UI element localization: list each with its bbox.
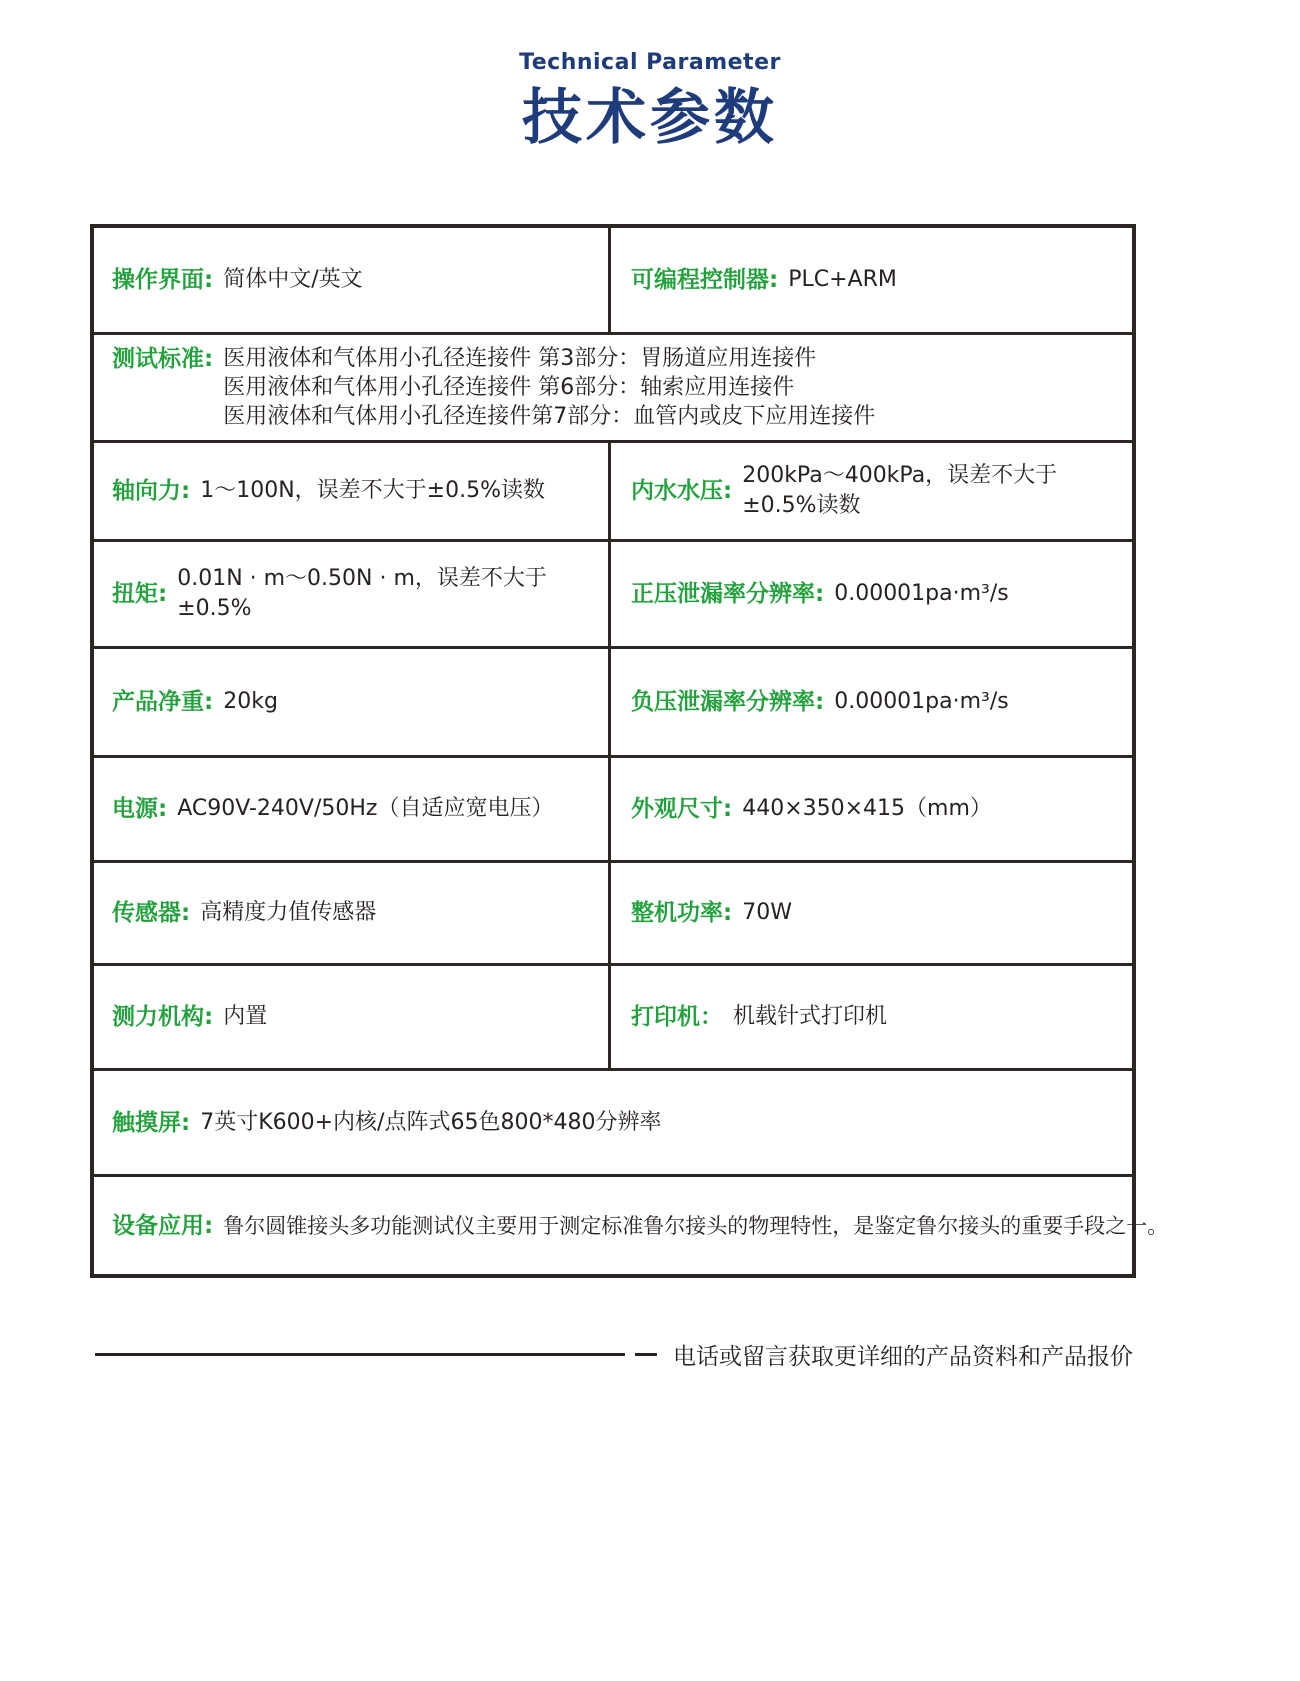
table-row-test-standards: 测试标准: 医用液体和气体用小孔径连接件 第3部分：胃肠道应用连接件 医用液体和…: [94, 332, 1132, 440]
table-cell-net-weight: 产品净重: 20kg: [94, 649, 611, 755]
param-label: 触摸屏:: [112, 1108, 190, 1138]
standard-line: 医用液体和气体用小孔径连接件 第6部分：轴索应用连接件: [223, 373, 875, 402]
param-value: 鲁尔圆锥接头多功能测试仪主要用于测定标准鲁尔接头的物理特性，是鉴定鲁尔接头的重要…: [223, 1211, 1168, 1241]
param-label: 测力机构:: [112, 1002, 213, 1032]
table-cell-ui-language: 操作界面: 简体中文/英文: [94, 228, 611, 332]
param-label: 扭矩:: [112, 579, 167, 609]
table-cell-test-standards: 测试标准: 医用液体和气体用小孔径连接件 第3部分：胃肠道应用连接件 医用液体和…: [112, 344, 875, 431]
footer-note: 电话或留言获取更详细的产品资料和产品报价: [673, 1338, 1133, 1371]
spec-table: 操作界面: 简体中文/英文 可编程控制器: PLC+ARM 测试标准: 医用液体…: [90, 224, 1136, 1278]
page-header: Technical Parameter 技术参数: [0, 0, 1300, 150]
table-cell-torque: 扭矩: 0.01N · m～0.50N · m，误差不大于±0.5%: [94, 542, 611, 646]
param-label: 打印机：: [631, 1002, 723, 1032]
param-value: 高精度力值传感器: [200, 898, 376, 928]
param-value: 200kPa～400kPa，误差不大于±0.5%读数: [742, 461, 1090, 521]
table-cell-printer: 打印机： 机载针式打印机: [611, 966, 1132, 1068]
param-label: 内水水压:: [631, 476, 732, 506]
param-value: 0.01N · m～0.50N · m，误差不大于±0.5%: [177, 564, 598, 624]
table-cell-power-supply: 电源: AC90V-240V/50Hz（自适应宽电压）: [94, 758, 611, 860]
param-value: AC90V-240V/50Hz（自适应宽电压）: [177, 794, 553, 824]
table-row: 轴向力: 1～100N，误差不大于±0.5%读数 内水水压: 200kPa～40…: [94, 440, 1132, 539]
page-title: 技术参数: [0, 87, 1300, 150]
footer-divider-line: [95, 1353, 625, 1356]
table-cell-force-mechanism: 测力机构: 内置: [94, 966, 611, 1068]
param-value: 7英寸K600+内核/点阵式65色800*480分辨率: [200, 1108, 661, 1138]
param-value: PLC+ARM: [788, 265, 897, 295]
param-label: 测试标准:: [112, 344, 213, 374]
standard-line: 医用液体和气体用小孔径连接件第7部分：血管内或皮下应用连接件: [223, 402, 875, 431]
table-cell-touchscreen: 触摸屏: 7英寸K600+内核/点阵式65色800*480分辨率: [112, 1108, 661, 1138]
page-subtitle: Technical Parameter: [0, 50, 1300, 75]
param-label: 操作界面:: [112, 265, 213, 295]
param-label: 负压泄漏率分辨率:: [631, 687, 824, 717]
table-row: 操作界面: 简体中文/英文 可编程控制器: PLC+ARM: [94, 228, 1132, 332]
table-row: 测力机构: 内置 打印机： 机载针式打印机: [94, 963, 1132, 1068]
table-cell-positive-leak-resolution: 正压泄漏率分辨率: 0.00001pa·m³/s: [611, 542, 1132, 646]
table-row-application: 设备应用: 鲁尔圆锥接头多功能测试仪主要用于测定标准鲁尔接头的物理特性，是鉴定鲁…: [94, 1174, 1132, 1274]
param-value: 0.00001pa·m³/s: [834, 579, 1009, 609]
table-row: 产品净重: 20kg 负压泄漏率分辨率: 0.00001pa·m³/s: [94, 646, 1132, 755]
param-value: 70W: [742, 898, 792, 928]
param-value: 简体中文/英文: [223, 265, 362, 295]
param-label: 产品净重:: [112, 687, 213, 717]
param-value-lines: 医用液体和气体用小孔径连接件 第3部分：胃肠道应用连接件 医用液体和气体用小孔径…: [223, 344, 875, 431]
param-label: 轴向力:: [112, 476, 190, 506]
param-value: 0.00001pa·m³/s: [834, 687, 1009, 717]
table-cell-axial-force: 轴向力: 1～100N，误差不大于±0.5%读数: [94, 443, 611, 539]
table-row: 电源: AC90V-240V/50Hz（自适应宽电压） 外观尺寸: 440×35…: [94, 755, 1132, 860]
table-cell-negative-leak-resolution: 负压泄漏率分辨率: 0.00001pa·m³/s: [611, 649, 1132, 755]
param-value: 440×350×415（mm）: [742, 794, 992, 824]
table-row: 扭矩: 0.01N · m～0.50N · m，误差不大于±0.5% 正压泄漏率…: [94, 539, 1132, 646]
standard-line: 医用液体和气体用小孔径连接件 第3部分：胃肠道应用连接件: [223, 344, 875, 373]
param-value: 1～100N，误差不大于±0.5%读数: [200, 476, 545, 506]
param-value: 机载针式打印机: [733, 1002, 887, 1032]
page-footer: 电话或留言获取更详细的产品资料和产品报价: [95, 1338, 1133, 1371]
table-row-touchscreen: 触摸屏: 7英寸K600+内核/点阵式65色800*480分辨率: [94, 1068, 1132, 1174]
param-label: 整机功率:: [631, 898, 732, 928]
param-label: 可编程控制器:: [631, 265, 778, 295]
param-value: 20kg: [223, 687, 278, 717]
param-label: 外观尺寸:: [631, 794, 732, 824]
param-label: 设备应用:: [112, 1211, 213, 1241]
param-label: 正压泄漏率分辨率:: [631, 579, 824, 609]
table-cell-water-pressure: 内水水压: 200kPa～400kPa，误差不大于±0.5%读数: [611, 443, 1132, 539]
table-cell-application: 设备应用: 鲁尔圆锥接头多功能测试仪主要用于测定标准鲁尔接头的物理特性，是鉴定鲁…: [112, 1211, 1168, 1241]
footer-divider-dash: [635, 1353, 657, 1356]
param-label: 传感器:: [112, 898, 190, 928]
table-cell-controller: 可编程控制器: PLC+ARM: [611, 228, 1132, 332]
param-value: 内置: [223, 1002, 267, 1032]
table-cell-sensor: 传感器: 高精度力值传感器: [94, 863, 611, 963]
table-cell-total-power: 整机功率: 70W: [611, 863, 1132, 963]
table-cell-dimensions: 外观尺寸: 440×350×415（mm）: [611, 758, 1132, 860]
param-label: 电源:: [112, 794, 167, 824]
table-row: 传感器: 高精度力值传感器 整机功率: 70W: [94, 860, 1132, 963]
